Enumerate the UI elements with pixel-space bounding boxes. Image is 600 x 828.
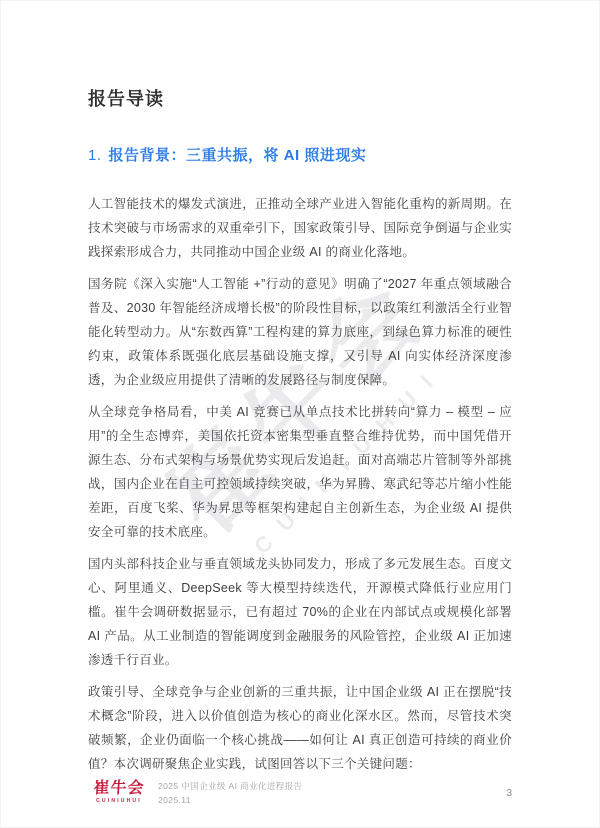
footer-report-date: 2025.11 xyxy=(158,794,302,806)
paragraph-5: 政策引导、全球竞争与企业创新的三重共振，让中国企业级 AI 正在摆脱“技术概念”… xyxy=(88,680,512,776)
section-number: 1. xyxy=(88,147,102,164)
footer-report-title: 2025 中国企业级 AI 商业化进程报告 xyxy=(158,780,302,792)
cuiniuhui-logo: 崔牛会 CUINIUHUI xyxy=(88,780,150,804)
page-footer: 崔牛会 CUINIUHUI 2025 中国企业级 AI 商业化进程报告 2025… xyxy=(0,780,600,828)
logo-letters: CUINIUHUI xyxy=(88,798,150,804)
report-page: 报告导读 1.报告背景：三重共振，将 AI 照进现实 人工智能技术的爆发式演进，… xyxy=(0,0,600,828)
paragraph-4: 国内头部科技企业与垂直领域龙头协同发力，形成了多元发展生态。百度文心、阿里通义、… xyxy=(88,552,512,672)
page-title: 报告导读 xyxy=(88,88,512,110)
section-heading-text: 报告背景：三重共振，将 AI 照进现实 xyxy=(109,147,367,164)
paragraph-2: 国务院《深入实施“人工智能 +”行动的意见》明确了“2027 年重点领域融合普及… xyxy=(88,272,512,392)
page-content: 报告导读 1.报告背景：三重共振，将 AI 照进现实 人工智能技术的爆发式演进，… xyxy=(0,0,600,776)
paragraph-3: 从全球竞争格局看，中美 AI 竞赛已从单点技术比拼转向“算力 – 模型 – 应用… xyxy=(88,400,512,544)
page-number: 3 xyxy=(506,788,512,799)
section-heading: 1.报告背景：三重共振，将 AI 照进现实 xyxy=(88,146,512,166)
body-copy: 人工智能技术的爆发式演进，正推动全球产业进入智能化重构的新周期。在技术突破与市场… xyxy=(88,192,512,776)
paragraph-1: 人工智能技术的爆发式演进，正推动全球产业进入智能化重构的新周期。在技术突破与市场… xyxy=(88,192,512,264)
footer-meta: 2025 中国企业级 AI 商业化进程报告 2025.11 xyxy=(158,780,302,806)
logo-characters: 崔牛会 xyxy=(87,780,150,797)
